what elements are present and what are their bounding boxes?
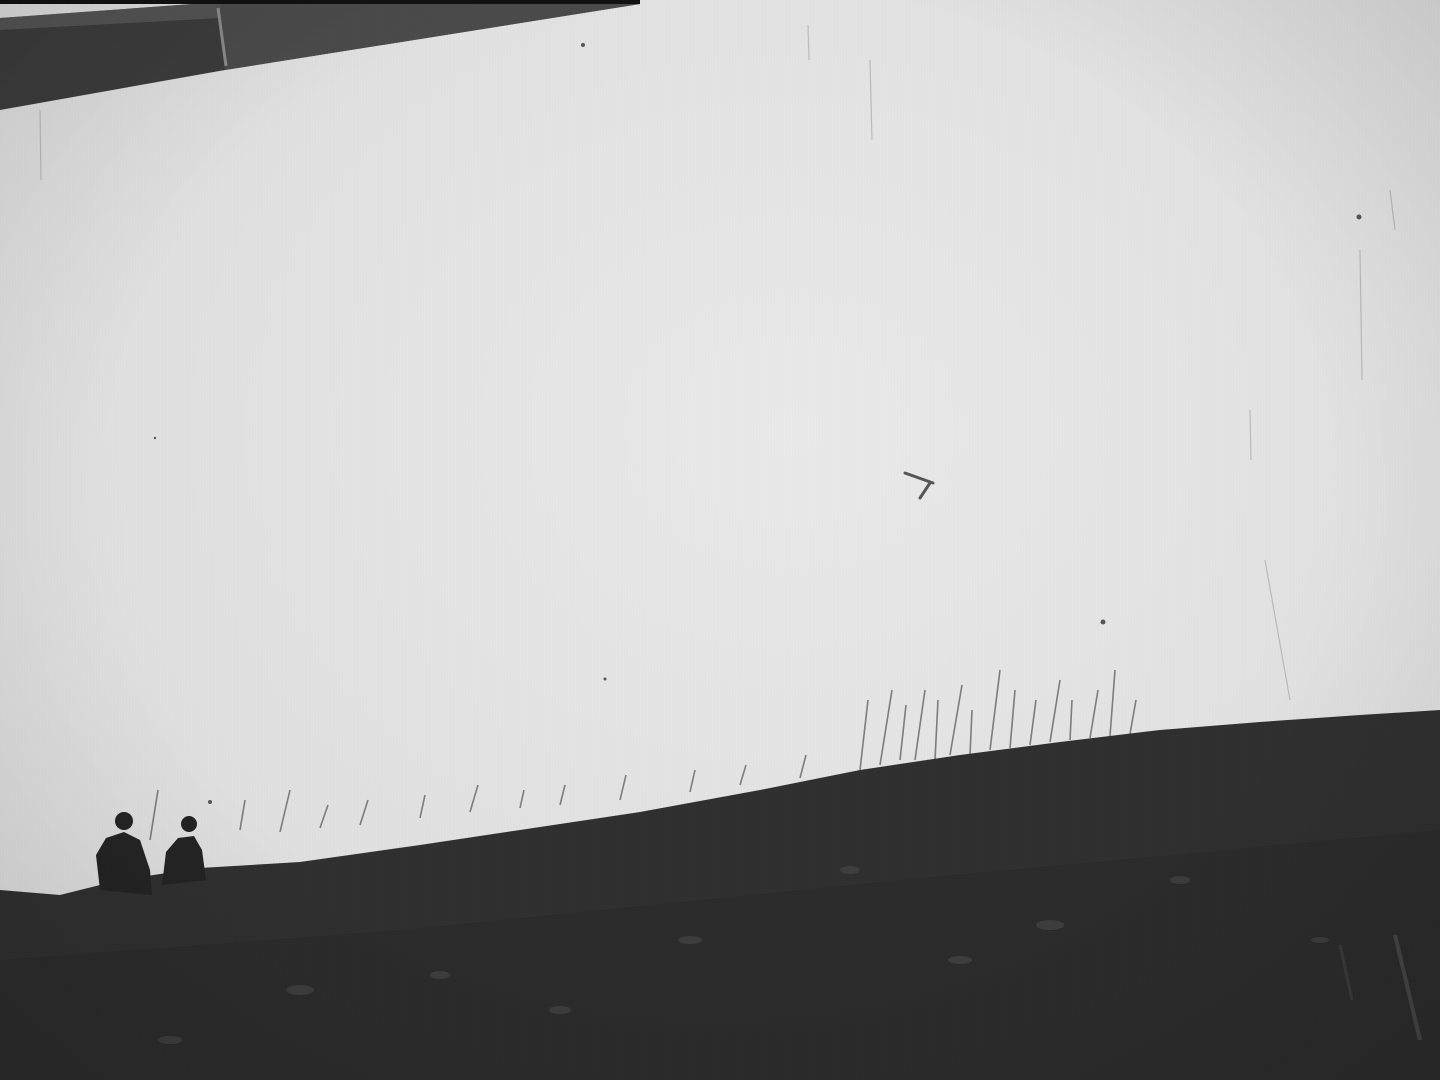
film-frame — [0, 0, 1440, 1080]
dust-specks — [154, 43, 1362, 804]
hillside — [0, 710, 1440, 1080]
airborne-object — [905, 473, 933, 498]
gun-barrel — [0, 0, 640, 110]
frame-edge — [0, 0, 640, 4]
scene — [0, 0, 1440, 1080]
film-scratches — [40, 25, 1395, 700]
